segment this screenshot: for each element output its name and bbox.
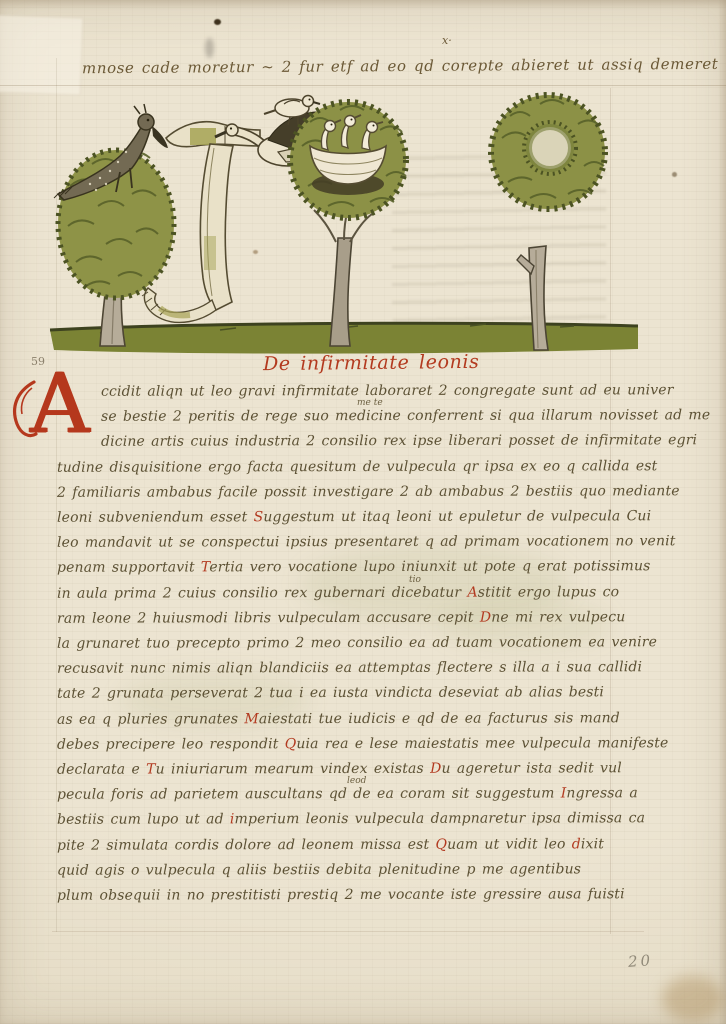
manuscript-line: tudine disquisitione ergo facta quesitum…	[57, 458, 657, 476]
manuscript-line: leo mandavit ut se conspectui ipsius pre…	[57, 533, 676, 551]
manuscript-line: dicine artis cuius industria 2 consilio …	[101, 433, 697, 451]
corner-stain	[662, 976, 724, 1022]
manuscript-line: pite 2 simulata cordis dolore ad leonem …	[57, 836, 604, 853]
manuscript-line: as ea q pluries grunates Maiestati tue i…	[57, 710, 620, 727]
modern-page-number: 20	[627, 951, 653, 971]
manuscript-line: 2 familiaris ambabus facile possit inves…	[57, 483, 680, 501]
page-edge-right	[718, 0, 726, 1024]
manuscript-line: bestiis cum lupo ut ad imperium leonis v…	[57, 811, 645, 829]
manuscript-line: plum obsequii in no prestitisti prestiq …	[57, 886, 625, 903]
middle-tree	[290, 102, 406, 346]
manuscript-line: tate 2 grunata perseverat 2 tua i ea ius…	[57, 685, 604, 702]
miniature-three-trees	[40, 86, 640, 360]
manuscript-line: se bestie 2 peritis de rege suo medicine…	[101, 407, 710, 425]
ink-smudge	[205, 38, 214, 58]
manuscript-line: ccidit aliqn ut leo gravi infirmitate la…	[101, 382, 674, 399]
chapter-rubric: De infirmitate leonis	[263, 351, 480, 375]
manuscript-line: la grunaret tuo precepto primo 2 meo con…	[57, 634, 657, 652]
wormhole-dot	[214, 19, 221, 25]
text-block: ccidit aliqn ut leo gravi infirmitate la…	[57, 383, 623, 928]
parchment-freckle	[672, 172, 677, 177]
manuscript-line: leoni subveniendum esset Suggestum ut it…	[57, 508, 651, 526]
page-edge-top	[0, 0, 726, 10]
manuscript-line: pecula foris ad parietem auscultans qd d…	[57, 785, 638, 803]
manuscript-line: ram leone 2 huiusmodi libris vulpeculam …	[57, 609, 625, 626]
right-tree	[491, 95, 605, 350]
manuscript-line: penam supportavit Tertia vero vocatione …	[57, 559, 650, 577]
manuscript-line: in aula prima 2 cuius consilio rex guber…	[57, 584, 619, 601]
manuscript-page: x· mnose cade moretur ~ 2 fur etf ad eo …	[0, 0, 726, 1024]
quire-mark: x·	[442, 34, 452, 47]
interlinear-note: tio	[409, 575, 421, 585]
parchment-repair-patch	[0, 14, 83, 95]
manuscript-line: recusavit nunc nimis aliqn blandiciis ea…	[57, 659, 642, 677]
manuscript-line: declarata e Tu iniuriarum mearum vindex …	[57, 760, 622, 777]
manuscript-line: quid agis o vulpecula q aliis bestiis de…	[57, 861, 581, 878]
interlinear-note: leod	[347, 776, 366, 786]
manuscript-line: debes precipere leo respondit Quia rea e…	[57, 735, 668, 753]
interlinear-note: me te	[357, 398, 383, 408]
ruling-line-bottom	[52, 931, 644, 932]
header-catchline: mnose cade moretur ~ 2 fur etf ad eo qd …	[82, 55, 719, 77]
